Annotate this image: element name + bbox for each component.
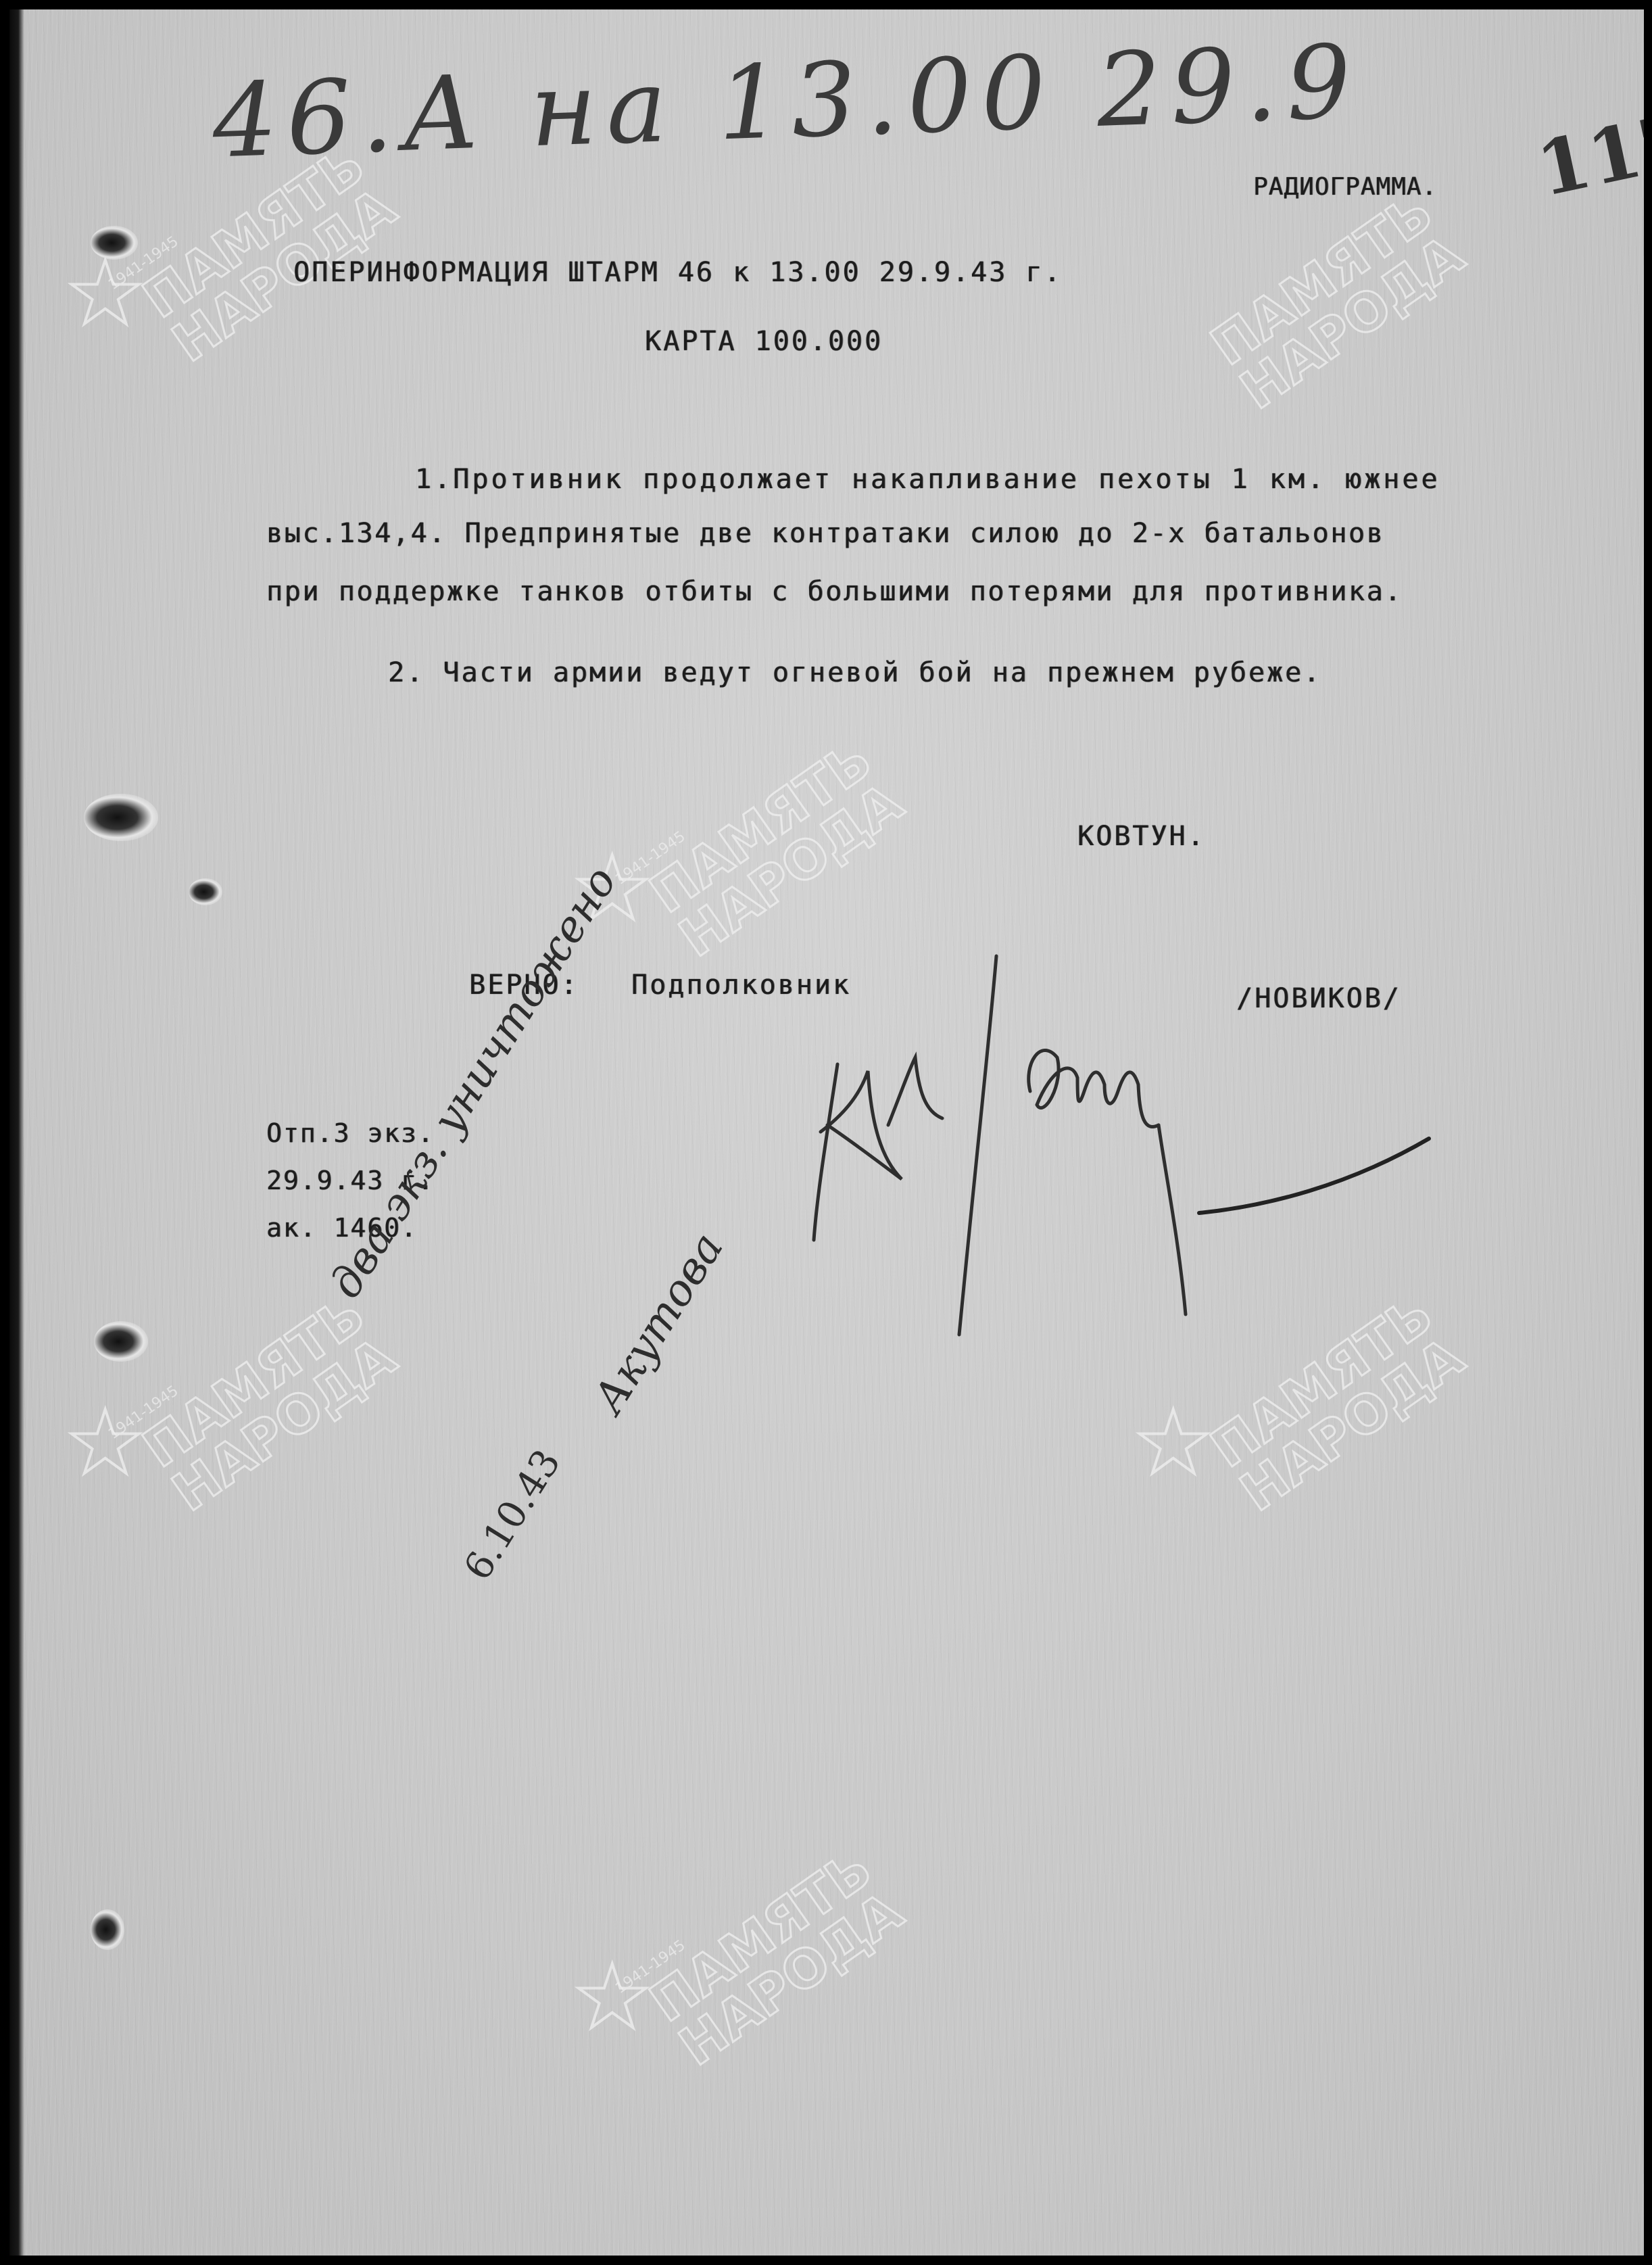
paragraph-1-line-3: при поддержке танков отбиты с большими п… — [266, 576, 1403, 607]
map-scale: КАРТА 100.000 — [645, 326, 883, 357]
paragraph-2-line-1: 2. Части армии ведут огневой бой на преж… — [388, 657, 1321, 688]
document-type: РАДИОГРАММА. — [1253, 173, 1437, 201]
scan-edge — [9, 9, 24, 2256]
document-title: ОПЕРИНФОРМАЦИЯ ШТАРМ 46 к 13.00 29.9.43 … — [293, 257, 1062, 288]
punch-hole — [189, 878, 222, 905]
handwritten-header: 46.А на 13.00 29.9 — [210, 23, 1362, 181]
handwritten-note-line-2: Акутова — [584, 1224, 733, 1422]
star-icon: ★ — [1134, 1391, 1213, 1494]
punch-hole — [84, 794, 158, 841]
signer-name: КОВТУН. — [1077, 821, 1206, 852]
handwritten-note-line-1: два экз. уничтожено — [320, 858, 627, 1307]
handwritten-note-date: 6.10.43 — [456, 1442, 569, 1588]
watermark: ★ 1941-1945 ПАМЯТЬ НАРОДА — [602, 1814, 1053, 2248]
watermark: ★ 1941-1945 ПАМЯТЬ НАРОДА — [95, 1260, 546, 1694]
signature — [807, 956, 1517, 1335]
punch-hole — [94, 1321, 148, 1362]
punch-hole — [91, 1909, 124, 1950]
paragraph-1-line-1: 1.Противник продолжает накапливание пехо… — [415, 464, 1440, 495]
star-icon: ★ — [66, 1391, 145, 1494]
punch-hole — [91, 226, 138, 260]
star-icon: ★ — [573, 1945, 652, 2048]
archive-sheet-number: 117 — [1530, 96, 1644, 214]
paragraph-1-line-2: выс.134,4. Предпринятые две контратаки с… — [266, 518, 1384, 549]
document-page: ★ 1941-1945 ПАМЯТЬ НАРОДА ПАМЯТЬ НАРОДА … — [9, 9, 1644, 2256]
